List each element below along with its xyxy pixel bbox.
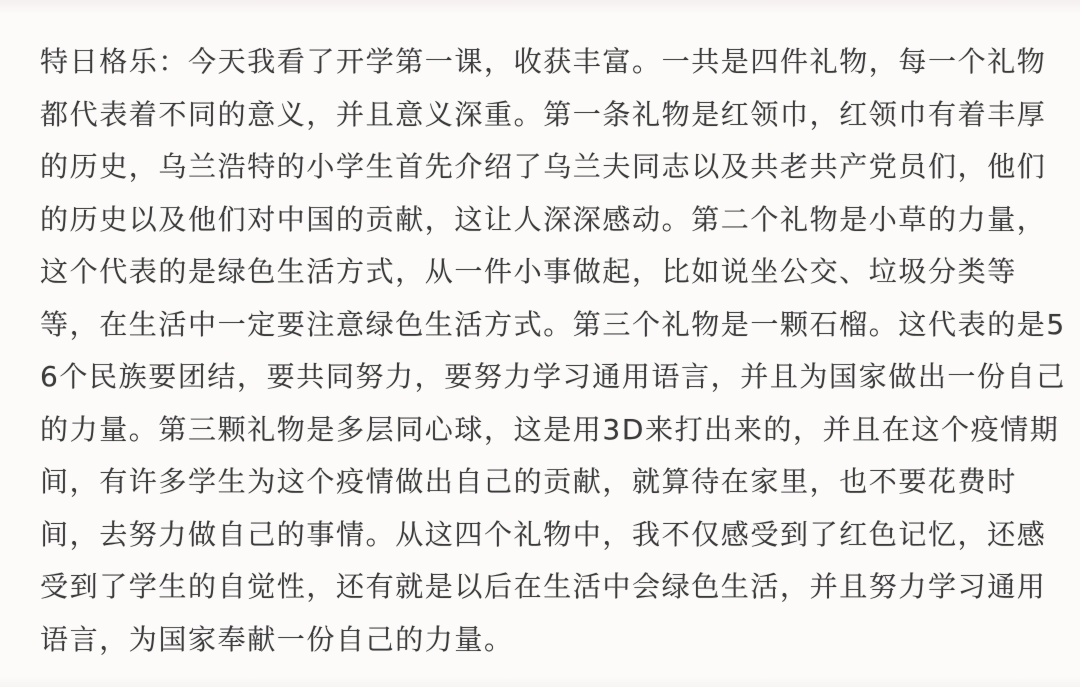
text-line: 间，去努力做自己的事情。从这四个礼物中，我不仅感受到了红色记忆，还感	[40, 509, 1058, 562]
text-line: 间，有许多学生为这个疫情做出自己的贡献，就算待在家里，也不要花费时	[40, 456, 1058, 509]
handwritten-note-photo: 特日格乐：今天我看了开学第一课，收获丰富。一共是四件礼物，每一个礼物 都代表着不…	[0, 0, 1080, 687]
text-line: 6个民族要团结，要共同努力，要努力学习通用语言，并且为国家做出一份自己	[40, 351, 1058, 404]
text-line: 语言，为国家奉献一份自己的力量。	[40, 614, 1058, 667]
text-line: 特日格乐：今天我看了开学第一课，收获丰富。一共是四件礼物，每一个礼物	[40, 36, 1058, 89]
essay-text-block: 特日格乐：今天我看了开学第一课，收获丰富。一共是四件礼物，每一个礼物 都代表着不…	[40, 36, 1058, 666]
text-line: 这个代表的是绿色生活方式，从一件小事做起，比如说坐公交、垃圾分类等	[40, 246, 1058, 299]
text-line: 受到了学生的自觉性，还有就是以后在生活中会绿色生活，并且努力学习通用	[40, 561, 1058, 614]
text-line: 的历史，乌兰浩特的小学生首先介绍了乌兰夫同志以及共老共产党员们，他们	[40, 141, 1058, 194]
text-line: 的历史以及他们对中国的贡献，这让人深深感动。第二个礼物是小草的力量，	[40, 194, 1058, 247]
text-line: 的力量。第三颗礼物是多层同心球，这是用3D来打出来的，并且在这个疫情期	[40, 404, 1058, 457]
text-line: 等，在生活中一定要注意绿色生活方式。第三个礼物是一颗石榴。这代表的是5	[40, 299, 1058, 352]
text-line: 都代表着不同的意义，并且意义深重。第一条礼物是红领巾，红领巾有着丰厚	[40, 89, 1058, 142]
